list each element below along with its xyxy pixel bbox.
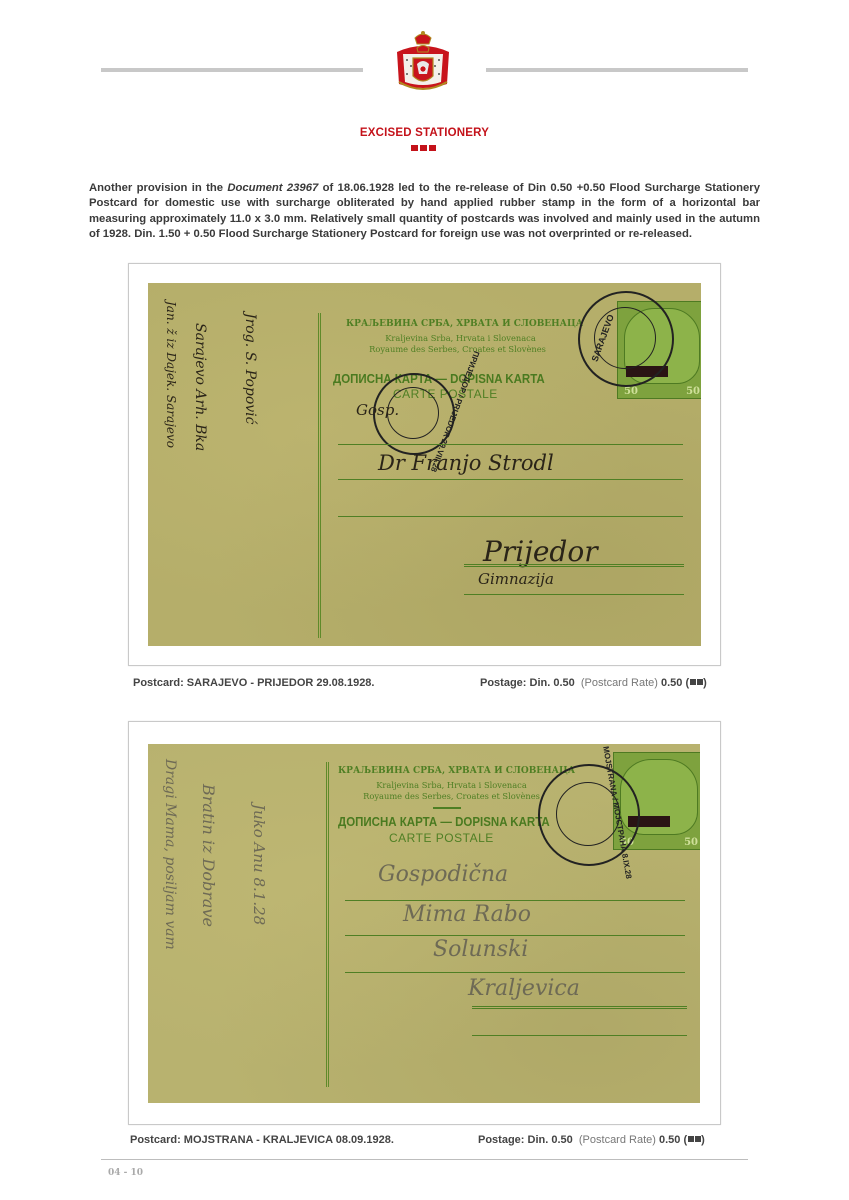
handwritten-message: Dragi Mama, posiljam vam [162, 759, 178, 950]
address-line: Dr Franjo Strodl [378, 451, 554, 475]
address-line: Mima Rabo [403, 902, 531, 927]
address-rule [345, 972, 685, 973]
kingdom-french: Royaume des Serbes, Croates et Slovènes [340, 344, 575, 354]
handwritten-message: Jan. ž iz Dajek. Sarajevo [164, 301, 178, 448]
intro-paragraph: Another provision in the Document 23967 … [89, 181, 760, 242]
address-rule [464, 594, 684, 595]
address-rule [338, 516, 683, 517]
address-rule [345, 935, 685, 936]
kingdom-cyrillic: КРАЉЕВИНА СРБА, ХРВАТА И СЛОВЕНАЦА [338, 766, 575, 776]
address-rule [338, 479, 683, 480]
kingdom-cyrillic: КРАЉЕВИНА СРБА, ХРВАТА И СЛОВЕНАЦА [346, 319, 583, 329]
postage-caption: Postage: Din. 0.50 (Postcard Rate) 0.50 … [478, 1134, 705, 1146]
divider-line [326, 762, 329, 1087]
postcard-image[interactable]: Jan. ž iz Dajek. Sarajevo Sarajevo Arh. … [148, 283, 701, 646]
postmark-mojstrana: MOJSTRANA / МОЈСТРАНА 8.IX.28 [538, 764, 640, 866]
kingdom-french: Royaume des Serbes, Croates et Slovènes [334, 791, 569, 801]
address-rule [345, 900, 685, 901]
handwritten-message: Jrog. S. Popović [242, 313, 258, 425]
section-title-ornament [411, 145, 436, 151]
section-title: EXCISED STATIONERY [0, 127, 849, 139]
divider-line [318, 313, 321, 638]
address-rule [338, 444, 683, 445]
address-line: Solunski [433, 937, 528, 962]
address-line: Gimnazija [478, 570, 554, 588]
postage-caption: Postage: Din. 0.50 (Postcard Rate) 0.50 … [480, 677, 707, 689]
handwritten-message: Sarajevo Arh. Bka [192, 323, 208, 451]
page-number: 04 - 10 [108, 1168, 143, 1178]
address-rule [472, 1035, 687, 1036]
header-rule-left [101, 68, 363, 72]
postcard-frame: Dragi Mama, posiljam vam Bratin iz Dobra… [128, 721, 721, 1125]
address-line: Gospodična [378, 862, 508, 887]
document-reference: Document 23967 [227, 182, 318, 194]
footer-rule [101, 1159, 748, 1160]
header-rule-right [486, 68, 748, 72]
postmark-sarajevo: SARAJEVO [578, 291, 674, 387]
address-rule [464, 564, 684, 567]
card-title-french: CARTE POSTALE [389, 831, 494, 845]
postcard-image[interactable]: Dragi Mama, posiljam vam Bratin iz Dobra… [148, 744, 700, 1103]
address-line: Kraljevica [468, 976, 580, 1001]
postcard-caption: Postcard: MOJSTRANA - KRALJEVICA 08.09.1… [130, 1134, 394, 1146]
handwritten-message: Bratin iz Dobrave [199, 784, 218, 927]
address-line: Gosp. [356, 401, 399, 419]
kingdom-latin: Kraljevina Srba, Hrvata i Slovenaca [344, 780, 559, 790]
kingdom-latin: Kraljevina Srba, Hrvata i Slovenaca [353, 333, 568, 343]
postcard-caption: Postcard: SARAJEVO - PRIJEDOR 29.08.1928… [133, 677, 374, 689]
royal-coat-of-arms-icon [393, 30, 453, 100]
card-title: ДОПИСНА КАРТА — DOPISNA KARTA [338, 815, 550, 829]
postcard-frame: Jan. ž iz Dajek. Sarajevo Sarajevo Arh. … [128, 263, 721, 666]
ornament-rule [433, 807, 461, 809]
address-rule [472, 1006, 687, 1009]
handwritten-message: Juko Anu 8.1.28 [250, 804, 268, 925]
